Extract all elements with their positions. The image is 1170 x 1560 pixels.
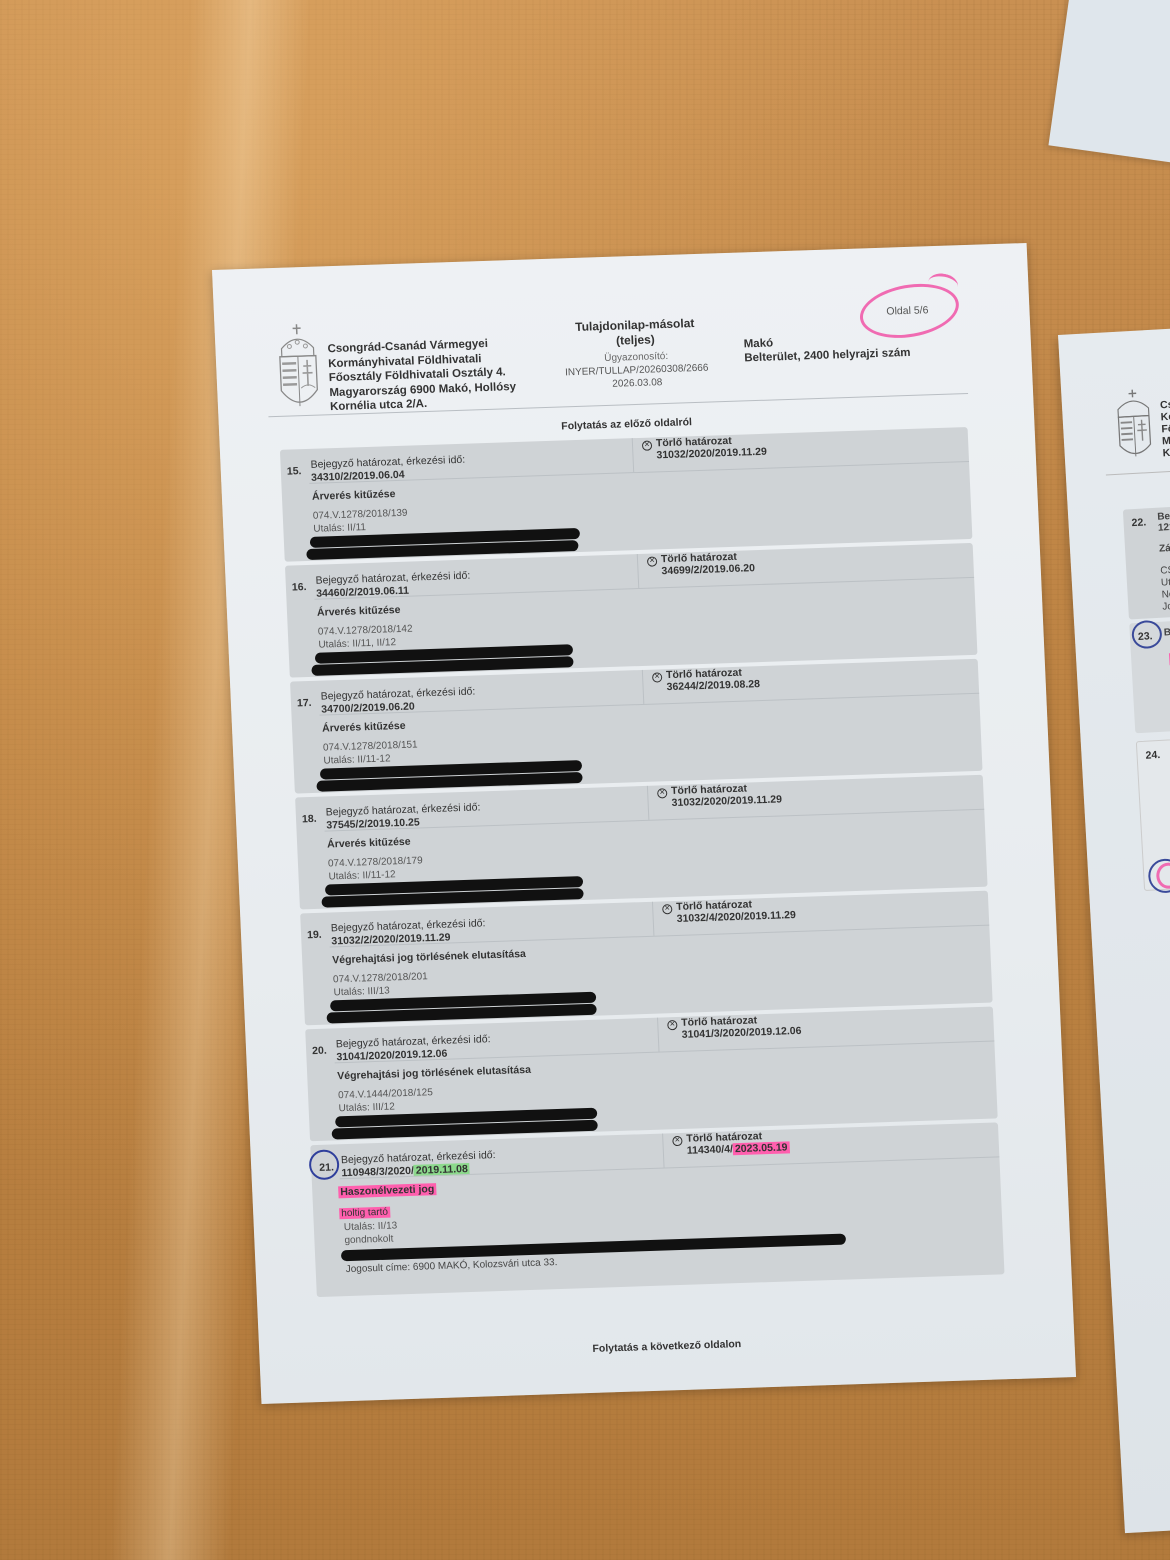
entry-reference: 074.V.1278/2018/179 <box>328 855 423 869</box>
list-item: 19. Bejegyző határozat, érkezési idő: 31… <box>300 891 993 1026</box>
divider <box>657 1018 659 1052</box>
entry-number: 20. <box>312 1045 327 1057</box>
close-circle-icon: ✕ <box>662 904 672 914</box>
entry-24: 24. <box>1136 721 1170 891</box>
divider <box>637 554 639 588</box>
close-circle-icon: ✕ <box>652 672 662 682</box>
entry-number: 18. <box>302 813 317 825</box>
entry-qualifier: holtig tartó <box>339 1207 390 1220</box>
close-circle-icon: ✕ <box>642 441 652 451</box>
entry-reference: 074.V.1278/2018/139 <box>313 508 408 522</box>
issuing-authority: Csongrád-Csanád Vármegyei Kormányhivatal… <box>327 336 517 415</box>
divider <box>662 1134 664 1168</box>
entry-utalas: Utalás: II/11-12 <box>323 753 391 766</box>
paper-corner-top-right <box>1048 0 1170 173</box>
list-item: 21. Bejegyző határozat, érkezési idő: 11… <box>310 1122 1004 1297</box>
entry-utalas: Utalás: II/11-12 <box>328 869 396 882</box>
page-number: Oldal 5/6 <box>886 304 929 317</box>
torlo-value: 114340/4/2023.05.19 <box>687 1141 790 1156</box>
close-circle-icon: ✕ <box>647 556 657 566</box>
list-item: 18. Bejegyző határozat, érkezési idő: 37… <box>295 775 988 910</box>
document-header: Csongrád-Csanád Vármegyei Kormányhivatal… <box>212 243 1033 420</box>
entry-utalas: Utalás: II/11, II/12 <box>318 637 396 651</box>
close-circle-icon: ✕ <box>667 1020 677 1030</box>
entry-22: 22. Bej 121 Zár CS- Uta Né Jo <box>1123 490 1170 620</box>
torlo-value: 31041/3/2020/2019.12.06 <box>682 1025 802 1041</box>
entry-reference: 074.V.1278/2018/201 <box>333 971 428 985</box>
torlo-value: 31032/2020/2019.11.29 <box>656 446 767 462</box>
entries-list: 15. Bejegyző határozat, érkezési idő: 34… <box>280 427 1005 1301</box>
divider <box>652 902 654 936</box>
entry-type: Árverés kitűzése <box>327 836 411 851</box>
entry-type: Végrehajtási jog törlésének elutasítása <box>337 1064 531 1082</box>
torlo-value: 31032/4/2020/2019.11.29 <box>676 909 796 925</box>
continued-to-label: Folytatás a következő oldalon <box>259 1327 1074 1366</box>
redaction <box>341 1234 846 1262</box>
list-item: 15. Bejegyző határozat, érkezési idő: 34… <box>280 427 973 562</box>
entry-type: Árverés kitűzése <box>322 720 406 735</box>
pink-highlight: 2023.05.19 <box>733 1141 790 1155</box>
org-fragment: Cs Ko Fő M K <box>1160 399 1170 460</box>
entry-number: 21. <box>319 1161 334 1173</box>
torlo-value: 31032/2020/2019.11.29 <box>671 793 782 809</box>
entry-type: Árverés kitűzése <box>312 488 396 503</box>
divider <box>632 438 634 472</box>
document-page: Csongrád-Csanád Vármegyei Kormányhivatal… <box>212 243 1076 1404</box>
entry-utalas: Utalás: II/11 <box>313 522 366 535</box>
torlo-value: 34699/2/2019.06.20 <box>661 562 755 577</box>
title-block: Tulajdonilap-másolat (teljes) Ügyazonosí… <box>560 316 713 393</box>
entry-reference: 074.V.1444/2018/125 <box>338 1087 433 1101</box>
coat-of-arms-icon <box>274 322 322 415</box>
entry-utalas: Utalás: II/13 <box>344 1220 398 1233</box>
entry-number: 16. <box>292 581 307 593</box>
entry-number: 15. <box>287 465 302 477</box>
list-item: 20. Bejegyző határozat, érkezési idő: 31… <box>305 1007 998 1142</box>
entry-reference: 074.V.1278/2018/142 <box>318 624 413 638</box>
entry-number: 19. <box>307 929 322 941</box>
torlo-value: 36244/2/2019.08.28 <box>666 678 760 693</box>
entry-utalas: Utalás: III/13 <box>333 986 390 999</box>
entry-number: 17. <box>297 697 312 709</box>
list-item: 16. Bejegyző határozat, érkezési idő: 34… <box>285 543 978 678</box>
divider <box>647 786 649 820</box>
entry-utalas: Utalás: III/12 <box>338 1101 395 1114</box>
divider <box>642 670 644 704</box>
close-circle-icon: ✕ <box>657 788 667 798</box>
entry-type: Végrehajtási jog törlésének elutasítása <box>332 948 526 966</box>
close-circle-icon: ✕ <box>672 1136 682 1146</box>
entry-type: Árverés kitűzése <box>317 604 401 619</box>
entry-reference: 074.V.1278/2018/151 <box>323 739 418 753</box>
list-item: 17. Bejegyző határozat, érkezési idő: 34… <box>290 659 983 794</box>
entry-type: Haszonélvezeti jog <box>338 1183 436 1198</box>
entry-status: gondnokolt <box>344 1234 393 1247</box>
coat-of-arms-icon <box>1111 385 1157 467</box>
entry-23: 23. B <box>1129 603 1170 733</box>
